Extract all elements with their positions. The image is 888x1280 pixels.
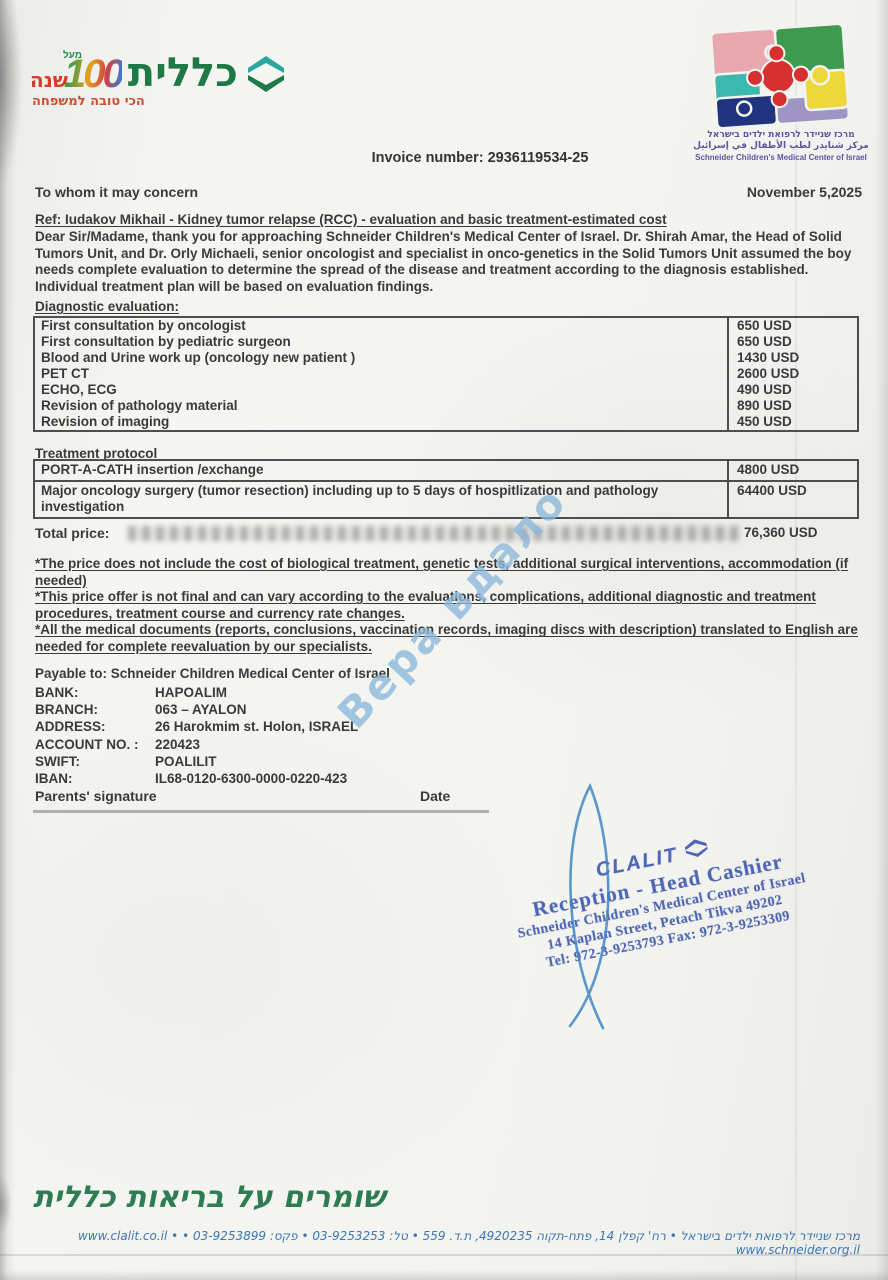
detail-value: 220423 xyxy=(155,736,535,753)
footer-contact-line: מרכז שניידר לרפואת ילדים בישראל • רח' קפ… xyxy=(28,1229,860,1257)
detail-label: SWIFT: xyxy=(35,753,155,770)
payable-to-heading: Payable to: Schneider Children Medical C… xyxy=(35,666,390,681)
clalit-logo: מעל שנה 100 כללית הכי טובה למשפחה xyxy=(30,48,330,109)
bank-details: BANK: HAPOALIM BRANCH: 063 – AYALON ADDR… xyxy=(35,684,535,787)
table-row: Revision of imaging 450 USD xyxy=(35,414,857,430)
row-price: 650 USD xyxy=(727,334,857,350)
table-row: Blood and Urine work up (oncology new pa… xyxy=(35,350,857,366)
treatment-protocol-table: PORT-A-CATH insertion /exchange 4800 USD… xyxy=(33,459,859,519)
invoice-number: Invoice number: 2936119534-25 xyxy=(0,150,888,166)
row-price: 1430 USD xyxy=(727,350,857,366)
row-price: 4800 USD xyxy=(727,461,857,480)
table-row: First consultation by pediatric surgeon … xyxy=(35,334,857,350)
bank-detail-row: BRANCH: 063 – AYALON xyxy=(35,701,535,718)
stamp-clalit-symbol-icon xyxy=(681,836,711,866)
row-price: 890 USD xyxy=(727,398,857,414)
clalit-brand-name: כללית xyxy=(128,52,238,94)
table-row: First consultation by oncologist 650 USD xyxy=(35,318,857,334)
clalit-slogan: שומרים על בריאות כללית xyxy=(33,1180,385,1215)
intro-paragraph: Dear Sir/Madame, thank you for approachi… xyxy=(35,229,859,295)
footer-divider xyxy=(0,1254,888,1256)
row-price: 650 USD xyxy=(727,318,857,334)
bank-detail-row: BANK: HAPOALIM xyxy=(35,684,535,701)
detail-label: ACCOUNT NO. : xyxy=(35,736,155,753)
scan-edge-bottom xyxy=(0,1270,888,1280)
row-item: First consultation by pediatric surgeon xyxy=(35,334,727,350)
total-price-value: 76,360 USD xyxy=(744,525,818,540)
row-price: 450 USD xyxy=(727,414,857,430)
row-item: Revision of pathology material xyxy=(35,398,727,414)
date-label: Date xyxy=(420,788,450,804)
detail-label: ADDRESS: xyxy=(35,718,155,735)
bank-detail-row: ADDRESS: 26 Harokmim st. Holon, ISRAEL xyxy=(35,718,535,735)
table-row: PET CT 2600 USD xyxy=(35,366,857,382)
salutation: To whom it may concern xyxy=(35,184,198,200)
row-item: ECHO, ECG xyxy=(35,382,727,398)
signature-line xyxy=(33,810,489,813)
table-row: Revision of pathology material 890 USD xyxy=(35,398,857,414)
detail-label: IBAN: xyxy=(35,770,155,787)
reference-line: Ref: Iudakov Mikhail - Kidney tumor rela… xyxy=(35,212,865,227)
scan-smudge-bottom-left xyxy=(0,1170,26,1240)
scan-edge-right xyxy=(876,0,888,1280)
bank-detail-row: ACCOUNT NO. : 220423 xyxy=(35,736,535,753)
parents-signature-label: Parents' signature xyxy=(35,788,157,804)
row-item: PORT-A-CATH insertion /exchange xyxy=(35,461,727,480)
schneider-name-hebrew: מרכז שניידר לרפואת ילדים בישראל xyxy=(688,130,874,141)
detail-label: BRANCH: xyxy=(35,701,155,718)
clalit-symbol-icon xyxy=(244,54,288,94)
detail-label: BANK: xyxy=(35,684,155,701)
redacted-strip xyxy=(128,526,740,541)
document-date: November 5,2025 xyxy=(747,184,862,200)
clalit-years-above-label: מעל xyxy=(63,50,82,61)
row-price: 490 USD xyxy=(727,382,857,398)
detail-value: IL68-0120-6300-0000-0220-423 xyxy=(155,770,535,787)
row-price: 64400 USD xyxy=(727,482,857,517)
table-row: ECHO, ECG 490 USD xyxy=(35,382,857,398)
diagnostic-evaluation-heading: Diagnostic evaluation: xyxy=(35,299,179,314)
row-item: Revision of imaging xyxy=(35,414,727,430)
table-row: Major oncology surgery (tumor resection)… xyxy=(35,480,857,517)
row-item: Major oncology surgery (tumor resection)… xyxy=(35,482,727,517)
schneider-logo: מרכז שניידר לרפואת ילדים בישראל مركز شنا… xyxy=(688,26,874,163)
row-item: First consultation by oncologist xyxy=(35,318,727,334)
puzzle-logo-icon xyxy=(709,21,854,130)
table-row: PORT-A-CATH insertion /exchange 4800 USD xyxy=(35,461,857,480)
clalit-tagline: הכי טובה למשפחה xyxy=(32,94,330,109)
detail-value: POALILIT xyxy=(155,753,535,770)
row-item: Blood and Urine work up (oncology new pa… xyxy=(35,350,727,366)
clalit-years-word-label: שנה xyxy=(30,68,68,92)
total-price-label: Total price: xyxy=(35,525,109,541)
row-item: PET CT xyxy=(35,366,727,382)
bank-detail-row: IBAN: IL68-0120-6300-0000-0220-423 xyxy=(35,770,535,787)
diagnostic-evaluation-table: First consultation by oncologist 650 USD… xyxy=(33,316,859,432)
bank-detail-row: SWIFT: POALILIT xyxy=(35,753,535,770)
row-price: 2600 USD xyxy=(727,366,857,382)
scanned-invoice-page: { "header": { "clalit_logo": { "brand": … xyxy=(0,0,888,1280)
